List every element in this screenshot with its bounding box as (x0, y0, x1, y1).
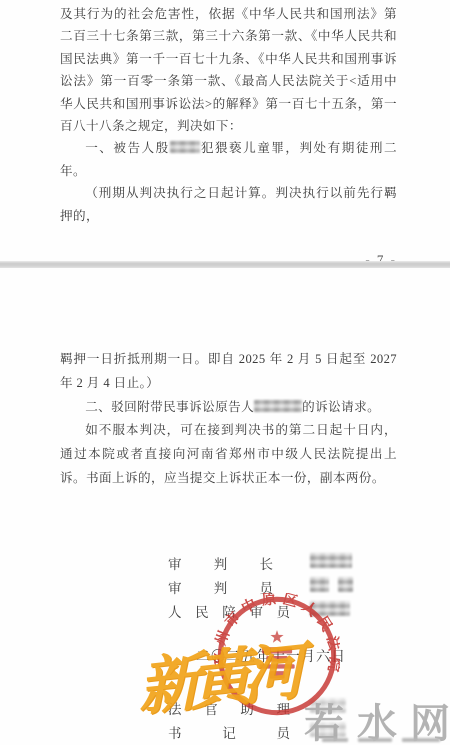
redacted-judge-name-part2 (338, 577, 353, 592)
redacted-defendant-name (170, 141, 200, 153)
presiding-judge-row: 审判长 (168, 553, 273, 571)
page-number: - 7 - (60, 252, 397, 261)
redacted-presiding-judge-name (310, 553, 352, 568)
verdict-item-2-suffix: 的诉讼请求。 (302, 400, 380, 414)
verdict-item-2-prefix: 二、驳回附带民事诉讼原告人 (85, 400, 254, 414)
redacted-judge-name-part1 (310, 577, 329, 592)
verdict-item-1-prefix: 一、被告人殷 (85, 141, 170, 155)
appeal-instructions-paragraph: 如不服本判决，可在接到判决书的第二日起十日内，通过本院或者直接向河南省郑州市中级… (60, 419, 397, 490)
watermark-subtext-bar (358, 738, 392, 742)
judgment-basis-paragraph: 及其行为的社会危害性，依据《中华人民共和国刑法》第二百三十七条第三款，第三十六条… (60, 3, 397, 137)
page-1: 及其行为的社会危害性，依据《中华人民共和国刑法》第二百三十七条第三款，第三十六条… (0, 0, 450, 261)
page-divider (0, 261, 450, 268)
watermark-subtext-bar (402, 738, 440, 742)
presiding-judge-label: 审判长 (168, 553, 273, 573)
clerk-label: 书记员 (168, 722, 290, 742)
clerk-row: 书记员 (168, 722, 290, 740)
watermark-xinhuanghe: 新黄河 (137, 622, 295, 728)
detention-credit-paragraph: 羁押一日折抵刑期一日。即自 2025 年 2 月 5 日起至 2027 年 2 … (60, 348, 397, 396)
sentence-note: （刑期从判决执行之日起计算。判决执行以前先行羁押的， (60, 182, 397, 227)
redacted-plaintiff-name (254, 400, 302, 412)
verdict-item-1: 一、被告人殷犯猥亵儿童罪，判处有期徒刑二年。 (60, 137, 397, 182)
scanned-judgment-document: 及其行为的社会危害性，依据《中华人民共和国刑法》第二百三十七条第三款，第三十六条… (0, 0, 450, 745)
verdict-item-2: 二、驳回附带民事诉讼原告人的诉讼请求。 (60, 396, 397, 420)
page-2: 羁押一日折抵刑期一日。即自 2025 年 2 月 5 日起至 2027 年 2 … (0, 268, 450, 745)
watermark-subtext-bar (322, 738, 348, 742)
